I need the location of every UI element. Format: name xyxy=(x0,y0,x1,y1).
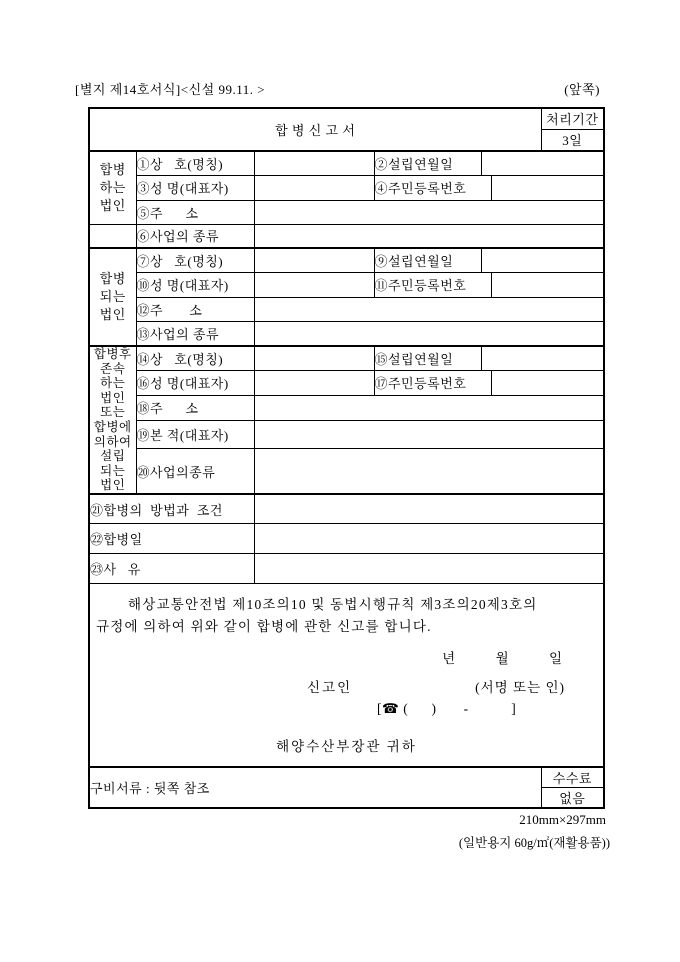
field-label-3: ③성 명(대표자) xyxy=(136,175,254,200)
field-value-4[interactable] xyxy=(491,175,604,200)
declarant-label: 신고인 xyxy=(307,676,352,696)
field-value-11[interactable] xyxy=(491,272,604,297)
field-value-19[interactable] xyxy=(254,420,604,448)
header-form-ref: [별지 제14호서식]<신설 99.11. > xyxy=(75,79,265,98)
telephone-icon: ☎ xyxy=(382,701,399,716)
processing-period-value: 3일 xyxy=(541,129,604,151)
field-value-1[interactable] xyxy=(254,151,374,175)
field-value-22[interactable] xyxy=(254,524,604,554)
field-value-15[interactable] xyxy=(481,346,604,370)
field-value-17[interactable] xyxy=(491,370,604,395)
field-label-9: ⑨설립연월일 xyxy=(374,248,481,272)
field-value-7[interactable] xyxy=(254,248,374,272)
field-label-23: ㉓사 유 xyxy=(89,554,254,584)
field-value-18[interactable] xyxy=(254,395,604,420)
field-label-17: ⑰주민등록번호 xyxy=(374,370,491,395)
document-root: { "header": { "form_ref": "[별지 제14호서식]<신… xyxy=(0,0,680,962)
field-value-12[interactable] xyxy=(254,297,604,321)
recipient-line: 해양수산부장관 귀하 xyxy=(90,735,603,755)
field-label-13: ⑬사업의 종류 xyxy=(136,321,254,346)
group-label-merging: 합병 하는 법인 xyxy=(89,151,136,224)
field-value-3[interactable] xyxy=(254,175,374,200)
phone-fields: ( ) - ] xyxy=(399,701,516,716)
field-label-18: ⑱주 소 xyxy=(136,395,254,420)
field-label-12: ⑫주 소 xyxy=(136,297,254,321)
field-value-9[interactable] xyxy=(481,248,604,272)
form-title: 합 병 신 고 서 xyxy=(89,108,541,151)
field-value-10[interactable] xyxy=(254,272,374,297)
field-value-16[interactable] xyxy=(254,370,374,395)
field-value-21[interactable] xyxy=(254,494,604,524)
signature-note: (서명 또는 인) xyxy=(475,676,565,696)
field-label-16: ⑯성 명(대표자) xyxy=(136,370,254,395)
field-label-11: ⑪주민등록번호 xyxy=(374,272,491,297)
field-label-4: ④주민등록번호 xyxy=(374,175,491,200)
field-label-2: ②설립연월일 xyxy=(374,151,481,175)
field-label-15: ⑮설립연월일 xyxy=(374,346,481,370)
field-label-7: ⑦상 호(명칭) xyxy=(136,248,254,272)
date-line: 년 월 일 xyxy=(442,647,563,667)
group-cell-empty xyxy=(89,224,136,248)
field-label-1: ①상 호(명칭) xyxy=(136,151,254,175)
fee-label: 수수료 xyxy=(541,767,604,788)
merger-form-table: 합 병 신 고 서 처리기간 3일 합병 하는 법인 ①상 호(명칭) ②설립연… xyxy=(88,107,605,809)
group-label-merged: 합병 되는 법인 xyxy=(89,248,136,346)
field-label-21: ㉑합병의 방법과 조건 xyxy=(89,494,254,524)
field-label-20: ⑳사업의종류 xyxy=(136,449,254,494)
field-value-6[interactable] xyxy=(254,224,604,248)
field-value-5[interactable] xyxy=(254,200,604,224)
field-label-22: ㉒합병일 xyxy=(89,524,254,554)
field-label-10: ⑩성 명(대표자) xyxy=(136,272,254,297)
field-label-14: ⑭상 호(명칭) xyxy=(136,346,254,370)
processing-period-label: 처리기간 xyxy=(541,108,604,129)
field-value-2[interactable] xyxy=(481,151,604,175)
header-page-side: (앞쪽) xyxy=(564,79,600,98)
group-label-surviving: 합병후 존속 하는 법인 또는 합병에 의하여 설립 되는 법인 xyxy=(89,346,136,494)
footer-paper-type: (일반용지 60g/㎡(재활용품)) xyxy=(459,833,610,851)
field-label-5: ⑤주 소 xyxy=(136,200,254,224)
statement-body: 해상교통안전법 제10조의10 및 동법시행규칙 제3조의20제3호의 규정에 … xyxy=(90,594,603,638)
footer-paper-size: 210mm×297mm xyxy=(519,812,606,828)
field-label-6: ⑥사업의 종류 xyxy=(136,224,254,248)
docs-required-label: 구비서류 : 뒷쪽 참조 xyxy=(89,767,541,808)
field-value-14[interactable] xyxy=(254,346,374,370)
fee-value: 없음 xyxy=(541,787,604,808)
phone-line: [☎ ( ) - ] xyxy=(377,701,516,717)
statement-cell: 해상교통안전법 제10조의10 및 동법시행규칙 제3조의20제3호의 규정에 … xyxy=(89,584,604,767)
field-value-13[interactable] xyxy=(254,321,604,346)
field-value-20[interactable] xyxy=(254,449,604,494)
field-value-23[interactable] xyxy=(254,554,604,584)
field-label-19: ⑲본 적(대표자) xyxy=(136,420,254,448)
